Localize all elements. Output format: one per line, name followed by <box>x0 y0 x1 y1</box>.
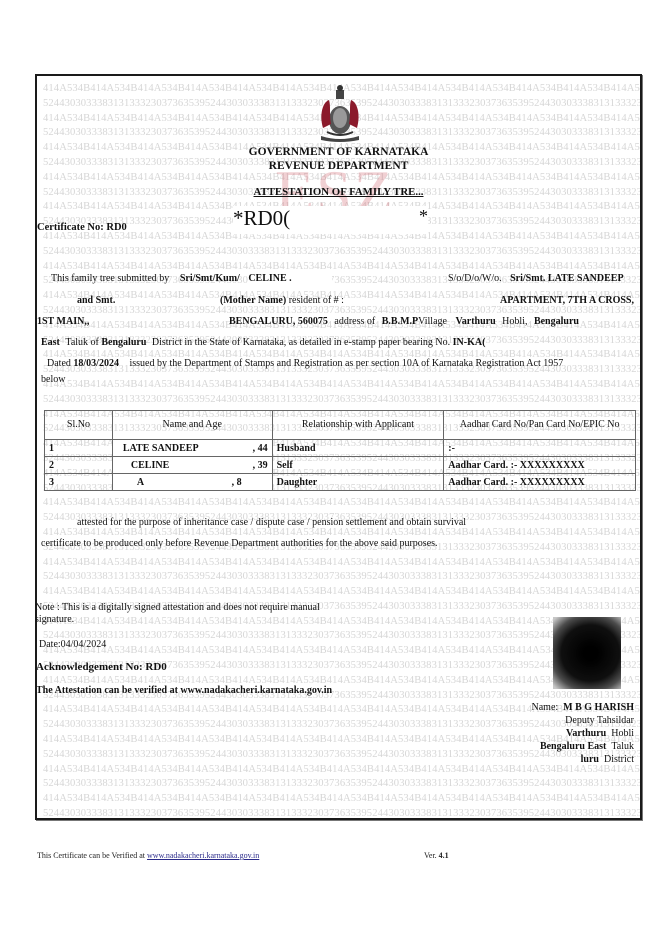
member-age: , 39 <box>253 460 268 471</box>
district-name: Bengaluru <box>101 337 146 348</box>
mother-name-label: (Mother Name) <box>220 295 286 306</box>
member-age: , 8 <box>232 477 242 488</box>
cell-relationship: Daughter <box>272 474 444 491</box>
table-row: 2 CELINE, 39 Self Aadhar Card. :- XXXXXX… <box>45 457 636 474</box>
below-text: below <box>41 374 65 385</box>
applicant-name: CELINE . <box>248 273 331 284</box>
cell-id-number: Aadhar Card. :- XXXXXXXXX <box>444 457 636 474</box>
issue-date: Date:04/04/2024 <box>39 639 106 650</box>
estamp-date: 18/03/2024 <box>73 358 119 369</box>
watermark-line: 414A534B414A534B414A534B414A534B414A534B… <box>43 378 640 393</box>
taluk-name: Bengaluru <box>534 316 579 327</box>
digital-signature-note-cont: signature. <box>35 614 74 625</box>
city-pincode: BENGALURU, 560075 <box>229 316 328 327</box>
estamp-text: District in the State of Karnataka, as d… <box>152 337 450 348</box>
cell-id-number: Aadhar Card. :- XXXXXXXXX <box>444 474 636 491</box>
dated-label: Dated <box>47 358 71 369</box>
taluk-name-suffix: East <box>41 337 60 348</box>
member-name: CELINE <box>131 460 169 471</box>
relation-prefix: S/o/D/o/W/o. <box>448 273 502 284</box>
signatory-district: luru <box>581 754 599 765</box>
purpose-text-line-2: certificate to be produced only before R… <box>41 538 438 549</box>
version-number: 4.1 <box>439 851 449 860</box>
district-label: District <box>604 754 634 765</box>
bbmp-label: B.B.M.P <box>382 316 418 327</box>
cell-name-age: A, 8 <box>112 474 272 491</box>
body-text: This family tree submitted by <box>51 273 169 284</box>
watermark-line: 414A534B414A534B414A534B414A534B414A534B… <box>43 615 640 630</box>
registration-text: issued by the Department of Stamps and R… <box>129 358 563 369</box>
watermark-line: 414A534B414A534B414A534B414A534B414A534B… <box>43 171 640 186</box>
signatory-hobli: Varthuru <box>566 728 606 739</box>
watermark-line: 414A534B414A534B414A534B414A534B414A534B… <box>43 585 640 600</box>
government-title: GOVERNMENT OF KARNATAKA <box>37 146 640 158</box>
watermark-line: 5244303033383131333230373635395244303033… <box>43 393 640 408</box>
footer-text: This Certificate can be Verified at <box>37 851 145 860</box>
barcode-text: *RD0( <box>233 206 290 230</box>
cell-sl-no: 2 <box>45 457 113 474</box>
cell-sl-no: 1 <box>45 440 113 457</box>
verification-url-text: The Attestation can be verified at www.n… <box>36 685 332 696</box>
estamp-number: IN-KA( <box>453 337 486 348</box>
header-sl-no: Sl.No <box>45 411 113 440</box>
purpose-text-line-1: attested for the purpose of inheritance … <box>77 517 466 528</box>
barcode-end: * <box>419 206 428 227</box>
taluk-label: Taluk <box>611 741 634 752</box>
signatory-block: Name: M B G HARISH Deputy Tahsildar Vart… <box>532 702 635 765</box>
certificate-number-label: Certificate No: RD0 <box>37 222 127 233</box>
watermark-line: 5244303033383131333230373635395244303033… <box>43 777 640 792</box>
address-line-1: APARTMENT, 7TH A CROSS, <box>500 295 634 306</box>
table-header-row: Sl.No Name and Age Relationship with App… <box>45 411 636 440</box>
hobli-label: Hobli, <box>502 316 527 327</box>
title-prefix: Sri/Smt/Kum/ <box>180 273 240 284</box>
header-name-age: Name and Age <box>112 411 272 440</box>
signature-stamp-redacted <box>553 617 621 689</box>
cell-name-age: CELINE, 39 <box>112 457 272 474</box>
table-row: 3 A, 8 Daughter Aadhar Card. :- XXXXXXXX… <box>45 474 636 491</box>
hobli-name: Varthuru <box>455 316 495 327</box>
department-title: REVENUE DEPARTMENT <box>37 160 640 172</box>
taluk-label: Taluk of <box>65 337 98 348</box>
document-title: ATTESTATION OF FAMILY TRE... <box>37 186 640 198</box>
spouse-name: Sri/Smt. LATE SANDEEP <box>510 273 623 284</box>
watermark-line: 414A534B414A534B414A534B414A534B414A534B… <box>43 556 640 571</box>
signatory-taluk: Bengaluru East <box>540 741 606 752</box>
watermark-line: 5244303033383131333230373635395244303033… <box>43 570 640 585</box>
karnataka-emblem-icon <box>315 84 365 142</box>
cell-id-number: :- <box>444 440 636 457</box>
address-of-label: address of <box>334 316 375 327</box>
footer-verify: This Certificate can be Verified at www.… <box>37 851 259 860</box>
header-id-number: Aadhar Card No/Pan Card No/EPIC No <box>444 411 636 440</box>
signatory-designation: Deputy Tahsildar <box>532 715 635 726</box>
address-line-2: 1ST MAIN,, <box>37 316 89 327</box>
cell-name-age: LATE SANDEEP, 44 <box>112 440 272 457</box>
watermark-line: 414A534B414A534B414A534B414A534B414A534B… <box>43 496 640 511</box>
family-members-table: Sl.No Name and Age Relationship with App… <box>44 410 636 491</box>
watermark-line: 5244303033383131333230373635395244303033… <box>43 629 640 644</box>
hobli-label: Hobli <box>611 728 634 739</box>
name-label: Name: <box>532 702 559 713</box>
watermark-line: 5244303033383131333230373635395244303033… <box>43 807 640 820</box>
footer-verify-link[interactable]: www.nadakacheri.karnataka.gov.in <box>147 851 259 860</box>
watermark-line: 5244303033383131333230373635395244303033… <box>43 245 640 260</box>
digital-signature-note: Note : This is a digitally signed attest… <box>35 602 320 613</box>
mother-prefix: and Smt. <box>77 295 115 306</box>
member-name: LATE SANDEEP <box>123 443 199 454</box>
barcode-area: *RD0( * <box>233 206 428 234</box>
version-label: Ver. <box>424 851 437 860</box>
cell-relationship: Husband <box>272 440 444 457</box>
cell-sl-no: 3 <box>45 474 113 491</box>
watermark-line: 414A534B414A534B414A534B414A534B414A534B… <box>43 644 640 659</box>
cell-relationship: Self <box>272 457 444 474</box>
table-row: 1 LATE SANDEEP, 44 Husband :- <box>45 440 636 457</box>
resident-label: resident of # : <box>289 295 344 306</box>
signatory-name: M B G HARISH <box>563 702 634 713</box>
village-label: Village <box>418 316 447 327</box>
acknowledgement-number: Acknowledgement No: RD0 <box>36 661 167 673</box>
header-relationship: Relationship with Applicant <box>272 411 444 440</box>
member-name: A <box>137 477 144 488</box>
certificate-document: 414A534B414A534B414A534B414A534B414A534B… <box>35 74 642 820</box>
watermark-line: 414A534B414A534B414A534B414A534B414A534B… <box>43 792 640 807</box>
footer-version: Ver. 4.1 <box>424 851 449 860</box>
member-age: , 44 <box>253 443 268 454</box>
